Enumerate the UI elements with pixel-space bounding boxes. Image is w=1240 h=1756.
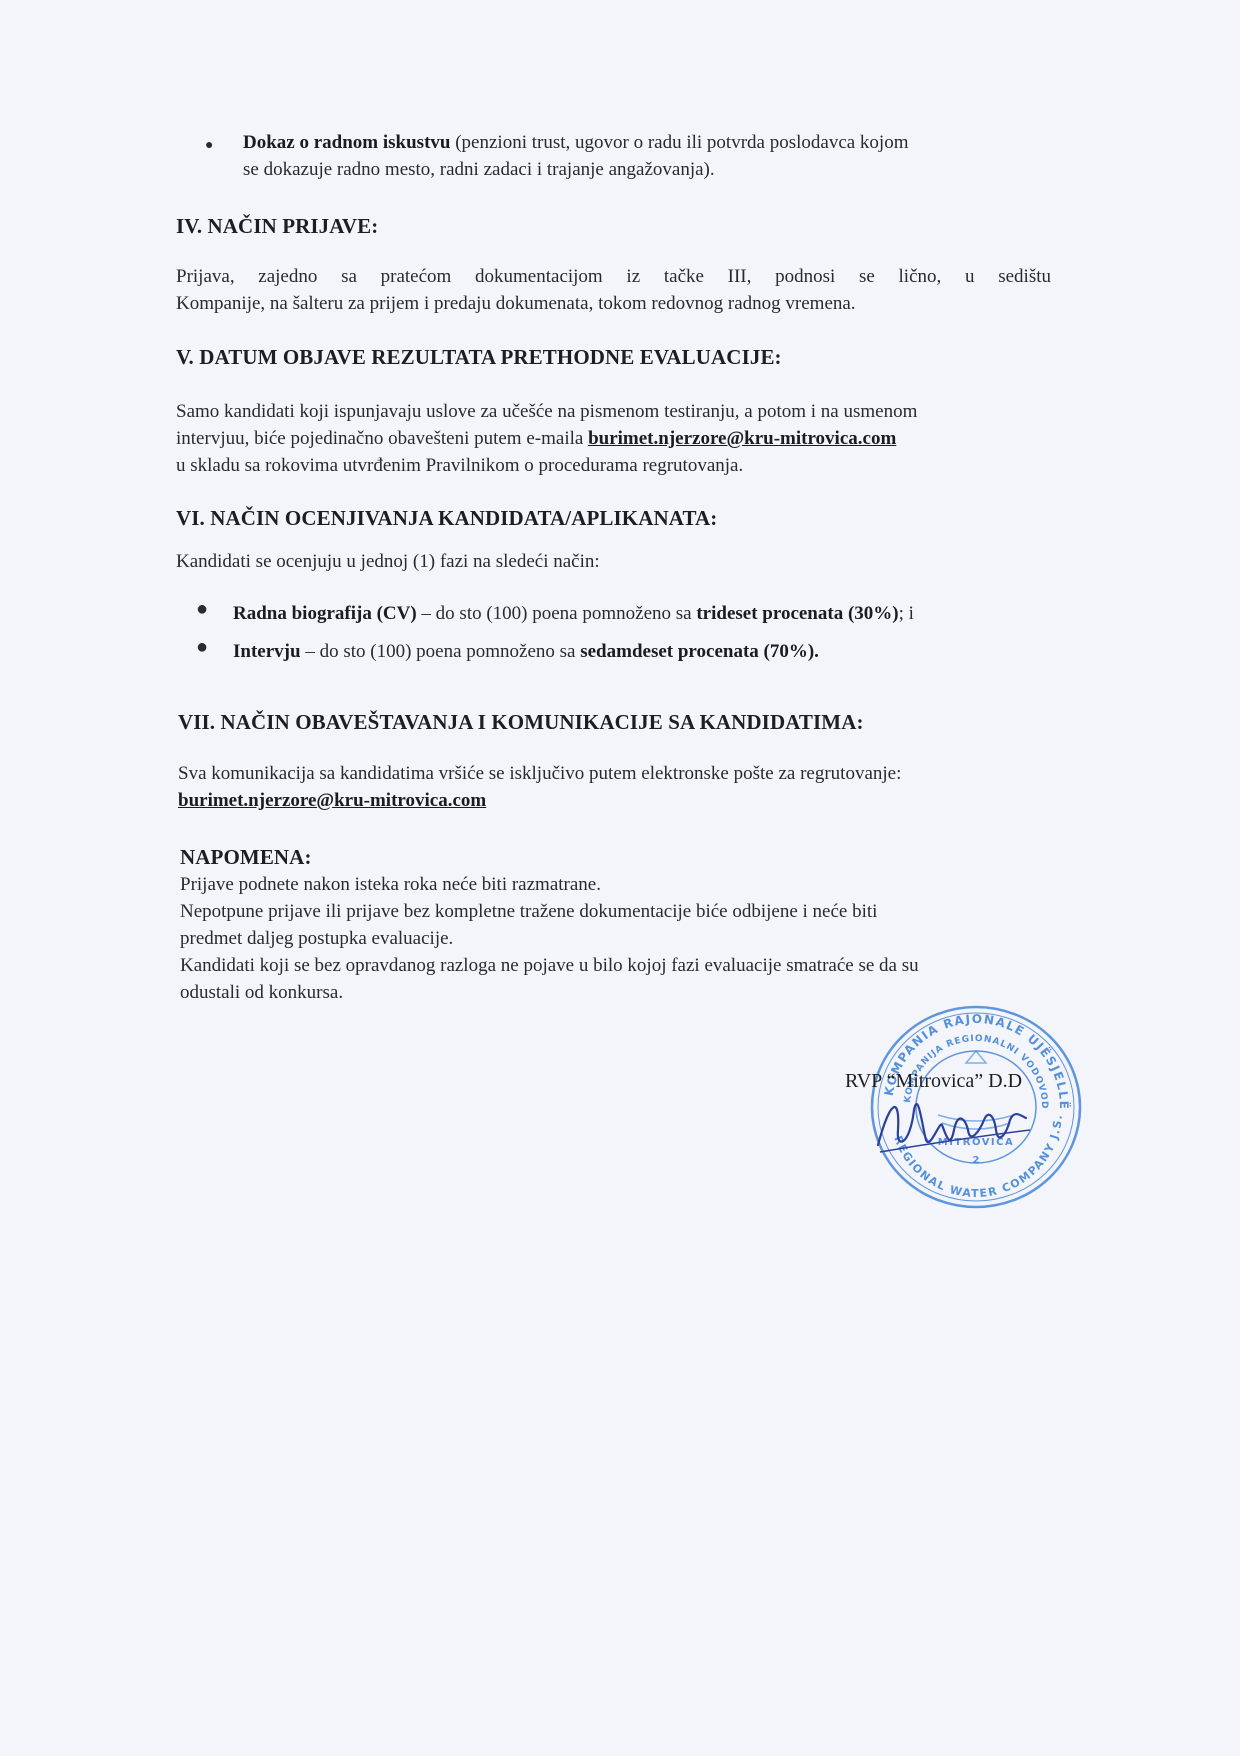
section-vi-heading: VI. NAČIN OCENJIVANJA KANDIDATA/APLIKANA…: [176, 506, 717, 531]
section-v-heading: V. DATUM OBJAVE REZULTATA PRETHODNE EVAL…: [176, 345, 782, 370]
criterion-cv: Radna biografija (CV) – do sto (100) poe…: [233, 600, 914, 627]
work-experience-text-2: se dokazuje radno mesto, radni zadaci i …: [243, 159, 715, 180]
section-vii-paragraph: Sva komunikacija sa kandidatima vršiće s…: [178, 760, 1078, 814]
criterion-cv-suffix: ; i: [899, 603, 914, 624]
section-vi-intro: Kandidati se ocenjuju u jednoj (1) fazi …: [176, 548, 600, 575]
note-heading: NAPOMENA:: [180, 845, 312, 870]
handwritten-signature: [870, 1090, 1040, 1160]
criterion-interview-text: – do sto (100) poena pomnoženo sa: [301, 641, 581, 662]
recruitment-email-link[interactable]: burimet.njerzore@kru-mitrovica.com: [588, 428, 896, 449]
criterion-interview-name: Intervju: [233, 641, 301, 662]
criterion-cv-name: Radna biografija (CV): [233, 603, 417, 624]
note-paragraph: Prijave podnete nakon isteka roka neće b…: [180, 871, 1080, 1006]
criterion-cv-text: – do sto (100) poena pomnoženo sa: [417, 603, 697, 624]
document-page: ● Dokaz o radnom iskustvu (penzioni trus…: [0, 0, 1240, 1756]
section-vii-line-1: Sva komunikacija sa kandidatima vršiće s…: [178, 760, 1078, 787]
criterion-interview: Intervju – do sto (100) poena pomnoženo …: [233, 638, 819, 665]
bullet-icon: ●: [205, 138, 213, 154]
section-iv-paragraph: Prijava, zajedno sa pratećom dokumentaci…: [176, 263, 1051, 317]
section-v-line-3: u skladu sa rokovima utvrđenim Pravilnik…: [176, 452, 1076, 479]
note-line-3: predmet daljeg postupka evaluacije.: [180, 925, 1080, 952]
criterion-cv-weight: trideset procenata (30%): [696, 603, 898, 624]
note-line-5: odustali od konkursa.: [180, 979, 1080, 1006]
section-vii-heading: VII. NAČIN OBAVEŠTAVANJA I KOMUNIKACIJE …: [178, 710, 864, 735]
section-v-line-2-text: intervjuu, biće pojedinačno obavešteni p…: [176, 428, 588, 449]
section-v-line-1: Samo kandidati koji ispunjavaju uslove z…: [176, 398, 1076, 425]
recruitment-email-link-2[interactable]: burimet.njerzore@kru-mitrovica.com: [178, 790, 486, 811]
section-iv-line-1: Prijava, zajedno sa pratećom dokumentaci…: [176, 263, 1051, 290]
section-v-line-2: intervjuu, biće pojedinačno obavešteni p…: [176, 425, 1076, 452]
note-line-1: Prijave podnete nakon isteka roka neće b…: [180, 871, 1080, 898]
work-experience-text: (penzioni trust, ugovor o radu ili potvr…: [450, 132, 908, 153]
note-line-2: Nepotpune prijave ili prijave bez komple…: [180, 898, 1080, 925]
section-iv-heading: IV. NAČIN PRIJAVE:: [176, 214, 378, 239]
work-experience-item: Dokaz o radnom iskustvu (penzioni trust,…: [243, 129, 1083, 183]
section-iv-line-2: Kompanije, na šalteru za prijem i predaj…: [176, 290, 1051, 317]
section-v-paragraph: Samo kandidati koji ispunjavaju uslove z…: [176, 398, 1076, 479]
work-experience-label: Dokaz o radnom iskustvu: [243, 132, 450, 153]
note-line-4: Kandidati koji se bez opravdanog razloga…: [180, 952, 1080, 979]
bullet-icon: ●: [196, 598, 208, 621]
bullet-icon: ●: [196, 636, 208, 659]
criterion-interview-weight: sedamdeset procenata (70%).: [580, 641, 819, 662]
